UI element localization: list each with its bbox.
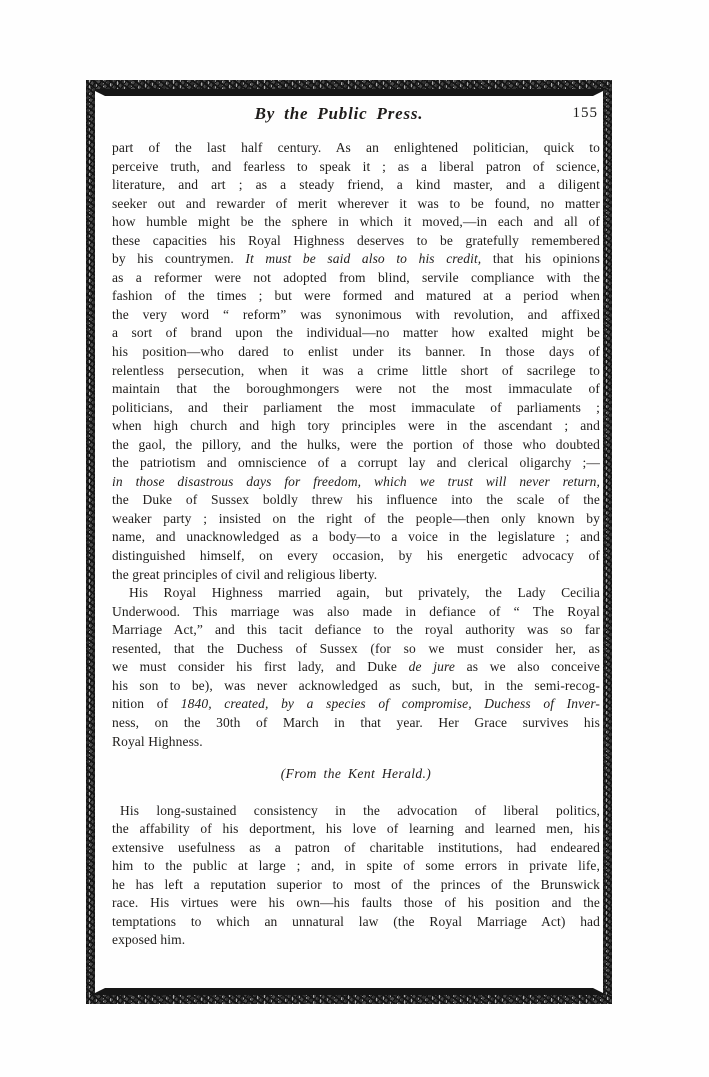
- text-line: a sort of brand upon the individual—no m…: [112, 324, 600, 343]
- text-line: the very word “ reform” was synonimous w…: [112, 306, 600, 325]
- text-line: the great principles of civil and religi…: [112, 566, 600, 585]
- text-line: perceive truth, and fearless to speak it…: [112, 158, 600, 177]
- text-line: the patriotism and omniscience of a corr…: [112, 454, 600, 473]
- text-line: temptations to which an unnatural law (t…: [112, 913, 600, 932]
- text-line: as a reformer were not adopted from blin…: [112, 269, 600, 288]
- text-line: exposed him.: [112, 931, 600, 950]
- text-line: literature, and art ; as a steady friend…: [112, 176, 600, 195]
- text-line: his position—who dared to enlist under i…: [112, 343, 600, 362]
- text-line: ness, on the 30th of March in that year.…: [112, 714, 600, 733]
- page-title: By the Public Press.: [112, 104, 566, 124]
- text-line: when high church and high tory principle…: [112, 417, 600, 436]
- frame-bottom-black-band: [91, 988, 607, 995]
- frame-top-speckle-strip: [86, 80, 612, 89]
- page-number: 155: [573, 105, 599, 122]
- text-line: His Royal Highness married again, but pr…: [112, 584, 600, 603]
- text-line: fashion of the times ; but were formed a…: [112, 287, 600, 306]
- text-line: weaker party ; insisted on the right of …: [112, 510, 600, 529]
- text-line: how humble might be the sphere in which …: [112, 213, 600, 232]
- text-line: these capacities his Royal Highness dese…: [112, 232, 600, 251]
- text-line: the gaol, the pillory, and the hulks, we…: [112, 436, 600, 455]
- running-head: By the Public Press. 155: [112, 104, 600, 132]
- text-line: nition of 1840, created, by a species of…: [112, 695, 600, 714]
- text-line: race. His virtues were his own—his fault…: [112, 894, 600, 913]
- text-line: part of the last half century. As an enl…: [112, 139, 600, 158]
- text-line: by his countrymen. It must be said also …: [112, 250, 600, 269]
- frame-bottom-speckle-strip: [86, 995, 612, 1004]
- text-line: seeker out and rewarder of merit whereve…: [112, 195, 600, 214]
- paragraph: part of the last half century. As an enl…: [112, 139, 600, 584]
- frame-right-speckle-strip: [603, 88, 612, 996]
- page-body: part of the last half century. As an enl…: [112, 139, 600, 950]
- text-line: relentless persecution, when it was a cr…: [112, 362, 600, 381]
- text-line: distinguished himself, on every occasion…: [112, 547, 600, 566]
- scanned-book-page: By the Public Press. 155 part of the las…: [0, 0, 709, 1077]
- text-line: in those disastrous days for freedom, wh…: [112, 473, 600, 492]
- section-heading: (From the Kent Herald.): [112, 765, 600, 784]
- text-line: Royal Highness.: [112, 733, 600, 752]
- text-line: him to the public at large ; and, in spi…: [112, 857, 600, 876]
- paragraph: His long-sustained consistency in the ad…: [112, 802, 600, 950]
- text-line: His long-sustained consistency in the ad…: [112, 802, 600, 821]
- text-line: politicians, and their parliament the mo…: [112, 399, 600, 418]
- text-line: his son to be), was never acknowledged a…: [112, 677, 600, 696]
- text-line: resented, that the Duchess of Sussex (fo…: [112, 640, 600, 659]
- text-line: the Duke of Sussex boldly threw his infl…: [112, 491, 600, 510]
- frame-top-black-band: [91, 89, 607, 96]
- text-line: we must consider his first lady, and Duk…: [112, 658, 600, 677]
- frame-left-speckle-strip: [86, 88, 95, 996]
- text-line: Underwood. This marriage was also made i…: [112, 603, 600, 622]
- text-line: name, and unacknowledged as a body—to a …: [112, 528, 600, 547]
- text-line: the affability of his deportment, his lo…: [112, 820, 600, 839]
- text-line: Marriage Act,” and this tacit defiance t…: [112, 621, 600, 640]
- paragraph: His Royal Highness married again, but pr…: [112, 584, 600, 751]
- text-line: maintain that the boroughmongers were no…: [112, 380, 600, 399]
- text-line: extensive usefulness as a patron of char…: [112, 839, 600, 858]
- text-line: he has left a reputation superior to mos…: [112, 876, 600, 895]
